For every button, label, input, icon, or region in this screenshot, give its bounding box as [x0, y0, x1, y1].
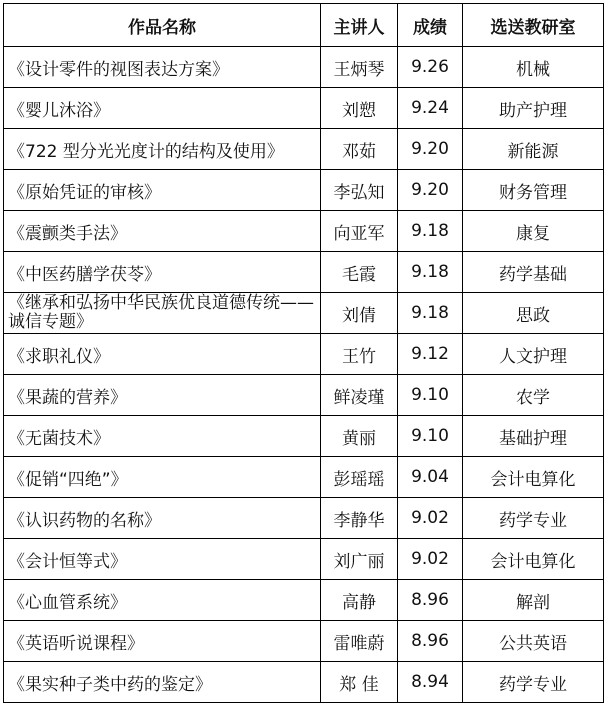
cell-dept: 药学基础	[463, 252, 604, 293]
header-dept: 选送教研室	[463, 4, 604, 47]
cell-score: 9.26	[398, 47, 463, 88]
cell-title: 《英语听说课程》	[4, 621, 321, 662]
cell-title: 《认识药物的名称》	[4, 498, 321, 539]
cell-dept: 公共英语	[463, 621, 604, 662]
cell-speaker: 鲜凌瑾	[321, 375, 398, 416]
cell-score: 8.96	[398, 580, 463, 621]
cell-score: 9.18	[398, 211, 463, 252]
table-row: 《原始凭证的审核》李弘知9.20财务管理	[4, 170, 604, 211]
cell-speaker: 李弘知	[321, 170, 398, 211]
cell-dept: 思政	[463, 293, 604, 334]
cell-dept: 解剖	[463, 580, 604, 621]
table-row: 《中医药膳学茯苓》毛霞9.18药学基础	[4, 252, 604, 293]
table-row: 《无菌技术》黄丽9.10基础护理	[4, 416, 604, 457]
cell-title: 《无菌技术》	[4, 416, 321, 457]
cell-score: 9.10	[398, 416, 463, 457]
cell-speaker: 毛霞	[321, 252, 398, 293]
cell-dept: 新能源	[463, 129, 604, 170]
cell-dept: 机械	[463, 47, 604, 88]
cell-title: 《果实种子类中药的鉴定》	[4, 662, 321, 703]
cell-dept: 会计电算化	[463, 457, 604, 498]
header-title: 作品名称	[4, 4, 321, 47]
table-row: 《会计恒等式》刘广丽9.02会计电算化	[4, 539, 604, 580]
header-row: 作品名称 主讲人 成绩 选送教研室	[4, 4, 604, 47]
cell-score: 8.96	[398, 621, 463, 662]
table-row: 《继承和弘扬中华民族优良道德传统——诚信专题》刘倩9.18思政	[4, 293, 604, 334]
cell-score: 9.20	[398, 170, 463, 211]
table-row: 《促销“四绝”》彭瑶瑶9.04会计电算化	[4, 457, 604, 498]
cell-speaker: 王竹	[321, 334, 398, 375]
cell-speaker: 邓茹	[321, 129, 398, 170]
cell-dept: 基础护理	[463, 416, 604, 457]
table-row: 《果实种子类中药的鉴定》郑 佳8.94药学专业	[4, 662, 604, 703]
cell-speaker: 李静华	[321, 498, 398, 539]
cell-dept: 农学	[463, 375, 604, 416]
cell-score: 9.02	[398, 498, 463, 539]
table-row: 《设计零件的视图表达方案》王炳琴9.26机械	[4, 47, 604, 88]
cell-speaker: 高静	[321, 580, 398, 621]
cell-score: 9.02	[398, 539, 463, 580]
cell-title: 《继承和弘扬中华民族优良道德传统——诚信专题》	[4, 293, 321, 334]
table-row: 《震颤类手法》向亚军9.18康复	[4, 211, 604, 252]
cell-title: 《求职礼仪》	[4, 334, 321, 375]
cell-speaker: 王炳琴	[321, 47, 398, 88]
cell-speaker: 刘倩	[321, 293, 398, 334]
cell-score: 9.12	[398, 334, 463, 375]
header-score: 成绩	[398, 4, 463, 47]
table-row: 《婴儿沐浴》刘愬9.24助产护理	[4, 88, 604, 129]
table-row: 《英语听说课程》雷唯蔚8.96公共英语	[4, 621, 604, 662]
table-row: 《认识药物的名称》李静华9.02药学专业	[4, 498, 604, 539]
cell-title: 《婴儿沐浴》	[4, 88, 321, 129]
cell-title: 《心血管系统》	[4, 580, 321, 621]
table-row: 《心血管系统》高静8.96解剖	[4, 580, 604, 621]
table-row: 《求职礼仪》王竹9.12人文护理	[4, 334, 604, 375]
cell-title: 《震颤类手法》	[4, 211, 321, 252]
cell-dept: 药学专业	[463, 662, 604, 703]
cell-title: 《果蔬的营养》	[4, 375, 321, 416]
cell-score: 9.18	[398, 293, 463, 334]
table-row: 《果蔬的营养》鲜凌瑾9.10农学	[4, 375, 604, 416]
cell-speaker: 刘广丽	[321, 539, 398, 580]
cell-dept: 财务管理	[463, 170, 604, 211]
results-table: 作品名称 主讲人 成绩 选送教研室 《设计零件的视图表达方案》王炳琴9.26机械…	[3, 3, 604, 703]
cell-title: 《促销“四绝”》	[4, 457, 321, 498]
cell-speaker: 黄丽	[321, 416, 398, 457]
cell-dept: 会计电算化	[463, 539, 604, 580]
cell-speaker: 雷唯蔚	[321, 621, 398, 662]
cell-dept: 助产护理	[463, 88, 604, 129]
cell-dept: 人文护理	[463, 334, 604, 375]
cell-speaker: 刘愬	[321, 88, 398, 129]
cell-score: 8.94	[398, 662, 463, 703]
cell-title: 《原始凭证的审核》	[4, 170, 321, 211]
cell-title: 《设计零件的视图表达方案》	[4, 47, 321, 88]
cell-speaker: 郑 佳	[321, 662, 398, 703]
cell-title: 《会计恒等式》	[4, 539, 321, 580]
cell-score: 9.20	[398, 129, 463, 170]
cell-dept: 康复	[463, 211, 604, 252]
table-row: 《722 型分光光度计的结构及使用》邓茹9.20新能源	[4, 129, 604, 170]
cell-score: 9.10	[398, 375, 463, 416]
cell-title: 《中医药膳学茯苓》	[4, 252, 321, 293]
cell-score: 9.18	[398, 252, 463, 293]
cell-speaker: 向亚军	[321, 211, 398, 252]
cell-title: 《722 型分光光度计的结构及使用》	[4, 129, 321, 170]
cell-score: 9.24	[398, 88, 463, 129]
cell-speaker: 彭瑶瑶	[321, 457, 398, 498]
cell-dept: 药学专业	[463, 498, 604, 539]
header-speaker: 主讲人	[321, 4, 398, 47]
cell-score: 9.04	[398, 457, 463, 498]
